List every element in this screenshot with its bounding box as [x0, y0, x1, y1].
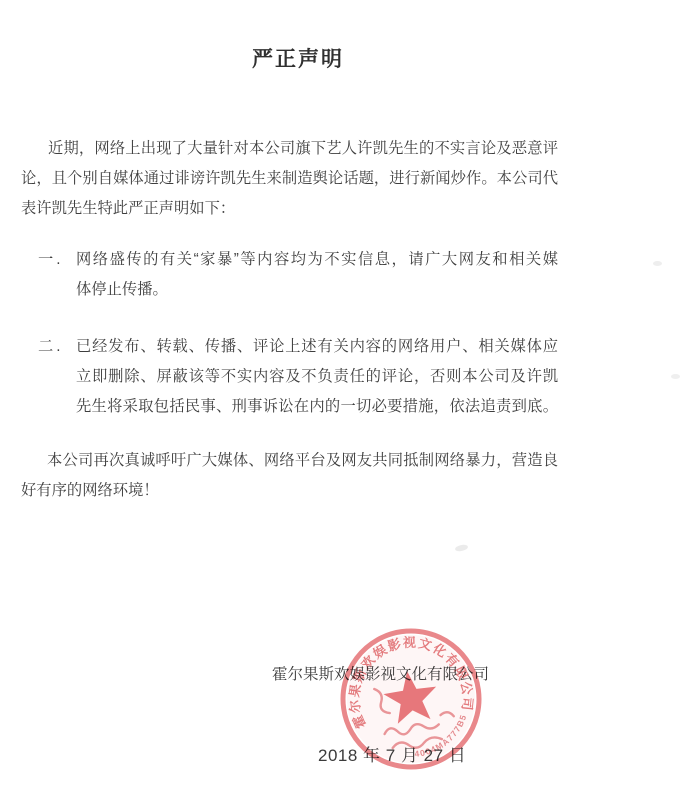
statement-item-2: 二. 已经发布、转载、传播、评论上述有关内容的网络用户、相关媒体应立即删除、屏蔽…	[21, 332, 558, 422]
item-2-marker: 二.	[21, 332, 76, 362]
intro-paragraph: 近期，网络上出现了大量针对本公司旗下艺人许凯先生的不实言论及恶意评论，且个别自媒…	[21, 134, 558, 224]
text-line: 先生将采取包括民事、刑事诉讼在内的一切必要措施，依法追责到底。	[76, 392, 558, 422]
company-seal-stamp-icon: 霍尔果斯欢娱影视文化有限公司 4004MA777B5	[326, 614, 495, 783]
text-line: 论，且个别自媒体通过诽谤许凯先生来制造舆论话题，进行新闻炒作。本公司代	[21, 164, 558, 194]
item-2-text: 已经发布、转载、传播、评论上述有关内容的网络用户、相关媒体应立即删除、屏蔽该等不…	[76, 332, 558, 422]
text-line: 好有序的网络环境！	[21, 476, 558, 506]
text-line: 立即删除、屏蔽该等不实内容及不负责任的评论，否则本公司及许凯	[76, 362, 558, 392]
text-line: 已经发布、转载、传播、评论上述有关内容的网络用户、相关媒体应	[76, 332, 558, 362]
paper-smudge	[455, 544, 469, 553]
statement-item-1: 一. 网络盛传的有关“家暴”等内容均为不实信息，请广大网友和相关媒体停止传播。	[21, 245, 558, 305]
text-line: 本公司再次真诚呼吁广大媒体、网络平台及网友共同抵制网络暴力，营造良	[21, 446, 558, 476]
paper-smudge	[653, 261, 662, 266]
text-line: 表许凯先生特此严正声明如下：	[21, 194, 558, 224]
closing-paragraph: 本公司再次真诚呼吁广大媒体、网络平台及网友共同抵制网络暴力，营造良好有序的网络环…	[21, 446, 558, 506]
page-title: 严正声明	[21, 46, 558, 73]
document-body: 严正声明 近期，网络上出现了大量针对本公司旗下艺人许凯先生的不实言论及恶意评论，…	[21, 0, 558, 506]
item-1-text: 网络盛传的有关“家暴”等内容均为不实信息，请广大网友和相关媒体停止传播。	[76, 245, 558, 305]
text-line: 近期，网络上出现了大量针对本公司旗下艺人许凯先生的不实言论及恶意评	[21, 134, 558, 164]
item-1-marker: 一.	[21, 245, 76, 275]
text-line: 体停止传播。	[76, 275, 558, 305]
statement-document-page: 严正声明 近期，网络上出现了大量针对本公司旗下艺人许凯先生的不实言论及恶意评论，…	[0, 0, 682, 802]
text-line: 网络盛传的有关“家暴”等内容均为不实信息，请广大网友和相关媒	[76, 245, 558, 275]
paper-smudge	[671, 374, 680, 379]
